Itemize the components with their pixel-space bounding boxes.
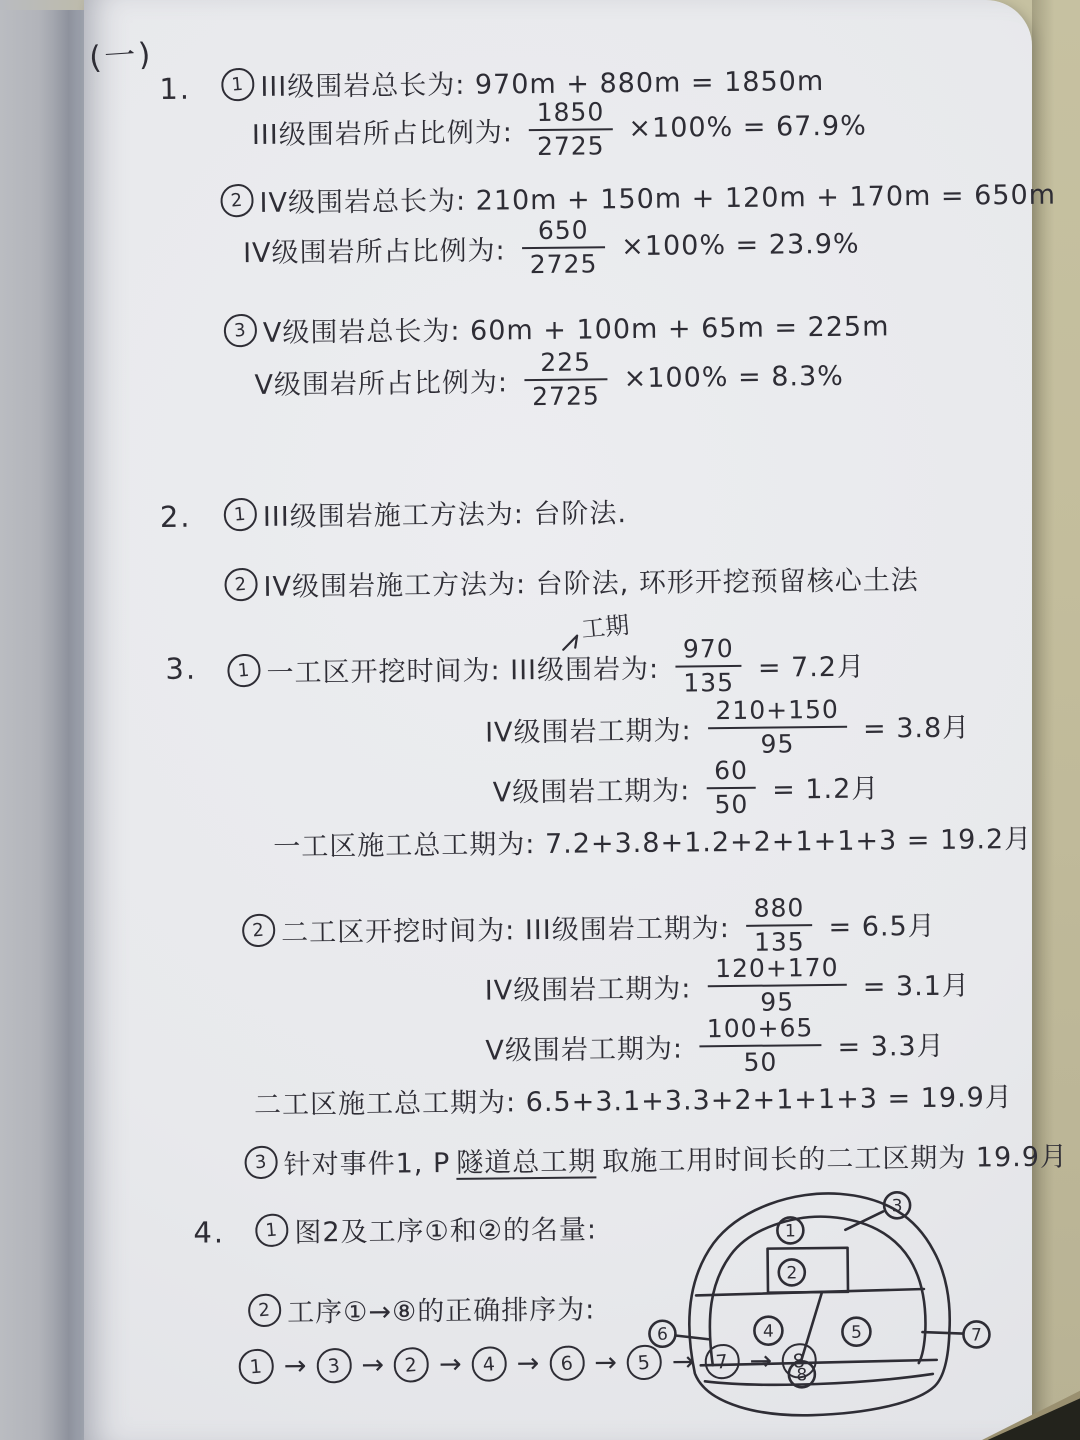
answer-line-q3-2-v: V级围岩工期为: 100+65 50 = 3.3月 — [485, 1012, 945, 1079]
answer-line-q1-3b: V级围岩所占比例为: 225 2725 ×100% = 8.3% — [254, 345, 844, 414]
q1-item2b-post: ×100% = 23.9% — [621, 228, 860, 261]
q2-item2-text: IV级围岩施工方法为: 台阶法, 环形开挖预留核心土法 — [263, 558, 919, 604]
q1-item3b-post: ×100% = 8.3% — [623, 361, 844, 394]
invert-line-upper — [701, 1360, 937, 1365]
q3-item1-pre: 一工区开挖时间为: III级围岩为: — [266, 647, 659, 690]
q3-total1-text: 一工区施工总工期为: 7.2+3.8+1.2+2+1+1+3 = 19.2月 — [273, 817, 1032, 864]
answer-line-q3-2: 2 二工区开挖时间为: III级围岩工期为: 880 135 = 6.5月 — [242, 892, 936, 962]
fraction-denominator: 50 — [706, 789, 756, 819]
seq-step-icon: 2 — [393, 1346, 431, 1384]
tunnel-cross-section-diagram: 1 2 3 4 5 6 7 8 — [645, 1180, 1048, 1439]
fraction-denominator: 50 — [699, 1046, 822, 1077]
bullet-1-icon: 1 — [226, 653, 262, 689]
q4-item2-text: 工序①→⑧的正确排序为: — [287, 1287, 596, 1329]
q4-item1-text: 图2及工序①和②的名量: — [294, 1207, 597, 1249]
q3-v1-post: = 1.2月 — [772, 766, 880, 806]
fraction-denominator: 2725 — [529, 130, 613, 160]
q3-item2-post: = 6.5月 — [828, 904, 936, 944]
fraction-denominator: 2725 — [524, 381, 608, 411]
q3-iv1-pre: IV级围岩工期为: — [485, 708, 692, 749]
handwriting-layer: (一) 1. 1 III级围岩总长为: 970m + 880m = 1850m … — [0, 0, 1080, 1440]
q1-item3-text: V级围岩总长为: 60m + 100m + 65m = 225m — [263, 304, 890, 350]
seq-step-icon: 3 — [315, 1347, 353, 1385]
answer-line-q3-1-iv: IV级围岩工期为: 210+150 95 = 3.8月 — [485, 693, 971, 761]
fraction: 1850 2725 — [528, 97, 612, 160]
fraction-denominator: 135 — [746, 926, 813, 956]
fraction-numerator: 880 — [746, 893, 813, 927]
fraction: 225 2725 — [524, 347, 608, 410]
diagram-label-7: 7 — [971, 1325, 982, 1345]
q1-item2b-pre: IV级围岩所占比例为: — [243, 228, 506, 270]
q3-item3-underlined: 隧道总工期 — [456, 1139, 596, 1179]
question-4-number: 4. — [193, 1215, 225, 1249]
fraction-numerator: 650 — [521, 215, 605, 249]
bench-divider — [800, 1292, 823, 1362]
answer-line-q1-3: 3 V级围岩总长为: 60m + 100m + 65m = 225m — [224, 304, 890, 350]
fraction-numerator: 1850 — [528, 97, 612, 131]
bullet-1-icon: 1 — [254, 1213, 290, 1249]
answer-line-q4-1: 1 图2及工序①和②的名量: — [255, 1207, 597, 1250]
arrow-icon: → — [516, 1348, 539, 1379]
bullet-1-icon: 1 — [220, 67, 256, 103]
section-header: (一) — [88, 28, 155, 77]
question-3-number: 3. — [165, 652, 197, 686]
answer-line-q4-2: 2 工序①→⑧的正确排序为: — [248, 1287, 596, 1330]
diagram-label-4: 4 — [763, 1322, 774, 1342]
fraction-numerator: 120+170 — [707, 953, 847, 988]
bullet-2-icon: 2 — [241, 912, 277, 948]
seq-step-icon: 6 — [548, 1344, 586, 1382]
question-1-number: 1. — [159, 72, 191, 106]
q3-iv2-post: = 3.1月 — [862, 963, 970, 1003]
fraction-numerator: 60 — [706, 756, 756, 790]
seq-step-icon: 4 — [470, 1345, 508, 1383]
diagram-label-8: 8 — [796, 1365, 807, 1385]
diagram-label-3: 3 — [892, 1196, 903, 1216]
fraction: 210+150 95 — [707, 695, 847, 759]
answer-line-q3-3: 3 针对事件1, P 隧道总工期 取施工用时间长的二工区期为 19.9月 — [244, 1134, 1068, 1182]
q3-v2-post: = 3.3月 — [837, 1024, 945, 1064]
leader-line-6 — [676, 1335, 708, 1339]
bullet-2-icon: 2 — [219, 183, 255, 219]
arrow-icon: → — [361, 1350, 384, 1381]
fraction-numerator: 210+150 — [707, 695, 847, 730]
q3-item3-post: 取施工用时间长的二工区期为 19.9月 — [602, 1134, 1068, 1178]
q3-item3-pre: 针对事件1, P — [283, 1141, 450, 1182]
answer-line-q3-1-v: V级围岩工期为: 60 50 = 1.2月 — [492, 754, 879, 821]
fraction-denominator: 135 — [675, 667, 742, 697]
bullet-2-icon: 2 — [247, 1293, 283, 1329]
q3-total2-text: 二工区施工总工期为: 6.5+3.1+3.3+2+1+1+3 = 19.9月 — [254, 1075, 1013, 1122]
q1-item2-text: IV级围岩总长为: 210m + 150m + 120m + 170m = 65… — [259, 173, 1056, 220]
diagram-label-5: 5 — [851, 1323, 862, 1343]
fraction-denominator: 2725 — [522, 249, 606, 279]
q3-v2-pre: V级围岩工期为: — [485, 1026, 683, 1067]
q2-item1-text: III级围岩施工方法为: 台阶法. — [263, 491, 628, 534]
answer-line-q3-1: 1 一工区开挖时间为: III级围岩为: 970 135 = 7.2月 — [227, 633, 865, 702]
fraction-numerator: 225 — [524, 347, 608, 381]
fraction: 60 50 — [706, 756, 756, 819]
diagram-label-6: 6 — [657, 1325, 668, 1345]
answer-line-q2-1: 1 III级围岩施工方法为: 台阶法. — [224, 491, 628, 534]
question-2-number: 2. — [160, 500, 192, 534]
q3-iv2-pre: IV级围岩工期为: — [485, 966, 692, 1007]
q3-item1-post: = 7.2月 — [758, 644, 866, 684]
bullet-3-icon: 3 — [243, 1145, 279, 1181]
answer-line-q3-2-iv: IV级围岩工期为: 120+170 95 = 3.1月 — [484, 952, 970, 1020]
q3-item2-pre: 二工区开挖时间为: III级围岩工期为: — [281, 906, 730, 950]
answer-line-q1-1b: III级围岩所占比例为: 1850 2725 ×100% = 67.9% — [252, 95, 868, 164]
bullet-3-icon: 3 — [223, 313, 259, 349]
fraction: 100+65 50 — [699, 1013, 822, 1077]
fraction: 120+170 95 — [707, 953, 847, 1017]
q1-item3b-pre: V级围岩所占比例为: — [254, 360, 508, 402]
fraction-numerator: 100+65 — [699, 1013, 822, 1048]
diagram-label-1: 1 — [785, 1221, 796, 1241]
fraction-numerator: 970 — [675, 634, 742, 668]
bullet-2-icon: 2 — [223, 567, 259, 603]
fraction: 970 135 — [675, 634, 742, 697]
arrow-icon: → — [594, 1347, 617, 1378]
arrow-icon: → — [284, 1350, 307, 1381]
q3-iv1-post: = 3.8月 — [863, 705, 971, 745]
leader-line-7 — [922, 1332, 962, 1334]
answer-line-q1-2b: IV级围岩所占比例为: 650 2725 ×100% = 23.9% — [243, 213, 860, 282]
bullet-1-icon: 1 — [223, 497, 259, 533]
answer-line-q3-total2: 二工区施工总工期为: 6.5+3.1+3.3+2+1+1+3 = 19.9月 — [254, 1075, 1013, 1122]
seq-step-icon: 1 — [237, 1348, 275, 1386]
arrow-icon: → — [439, 1349, 462, 1380]
q1-item1b-pre: III级围岩所占比例为: — [252, 110, 513, 152]
q3-v1-pre: V级围岩工期为: — [493, 768, 691, 809]
diagram-label-2: 2 — [786, 1263, 797, 1283]
answer-line-q1-2: 2 IV级围岩总长为: 210m + 150m + 120m + 170m = … — [220, 173, 1056, 221]
invert-line-lower — [705, 1374, 933, 1386]
q1-item1b-post: ×100% = 67.9% — [628, 110, 867, 143]
fraction: 880 135 — [746, 893, 813, 956]
fraction: 650 2725 — [521, 215, 605, 278]
answer-line-q2-2: 2 IV级围岩施工方法为: 台阶法, 环形开挖预留核心土法 — [224, 558, 919, 604]
answer-line-q3-total1: 一工区施工总工期为: 7.2+3.8+1.2+2+1+1+3 = 19.2月 — [273, 817, 1032, 864]
